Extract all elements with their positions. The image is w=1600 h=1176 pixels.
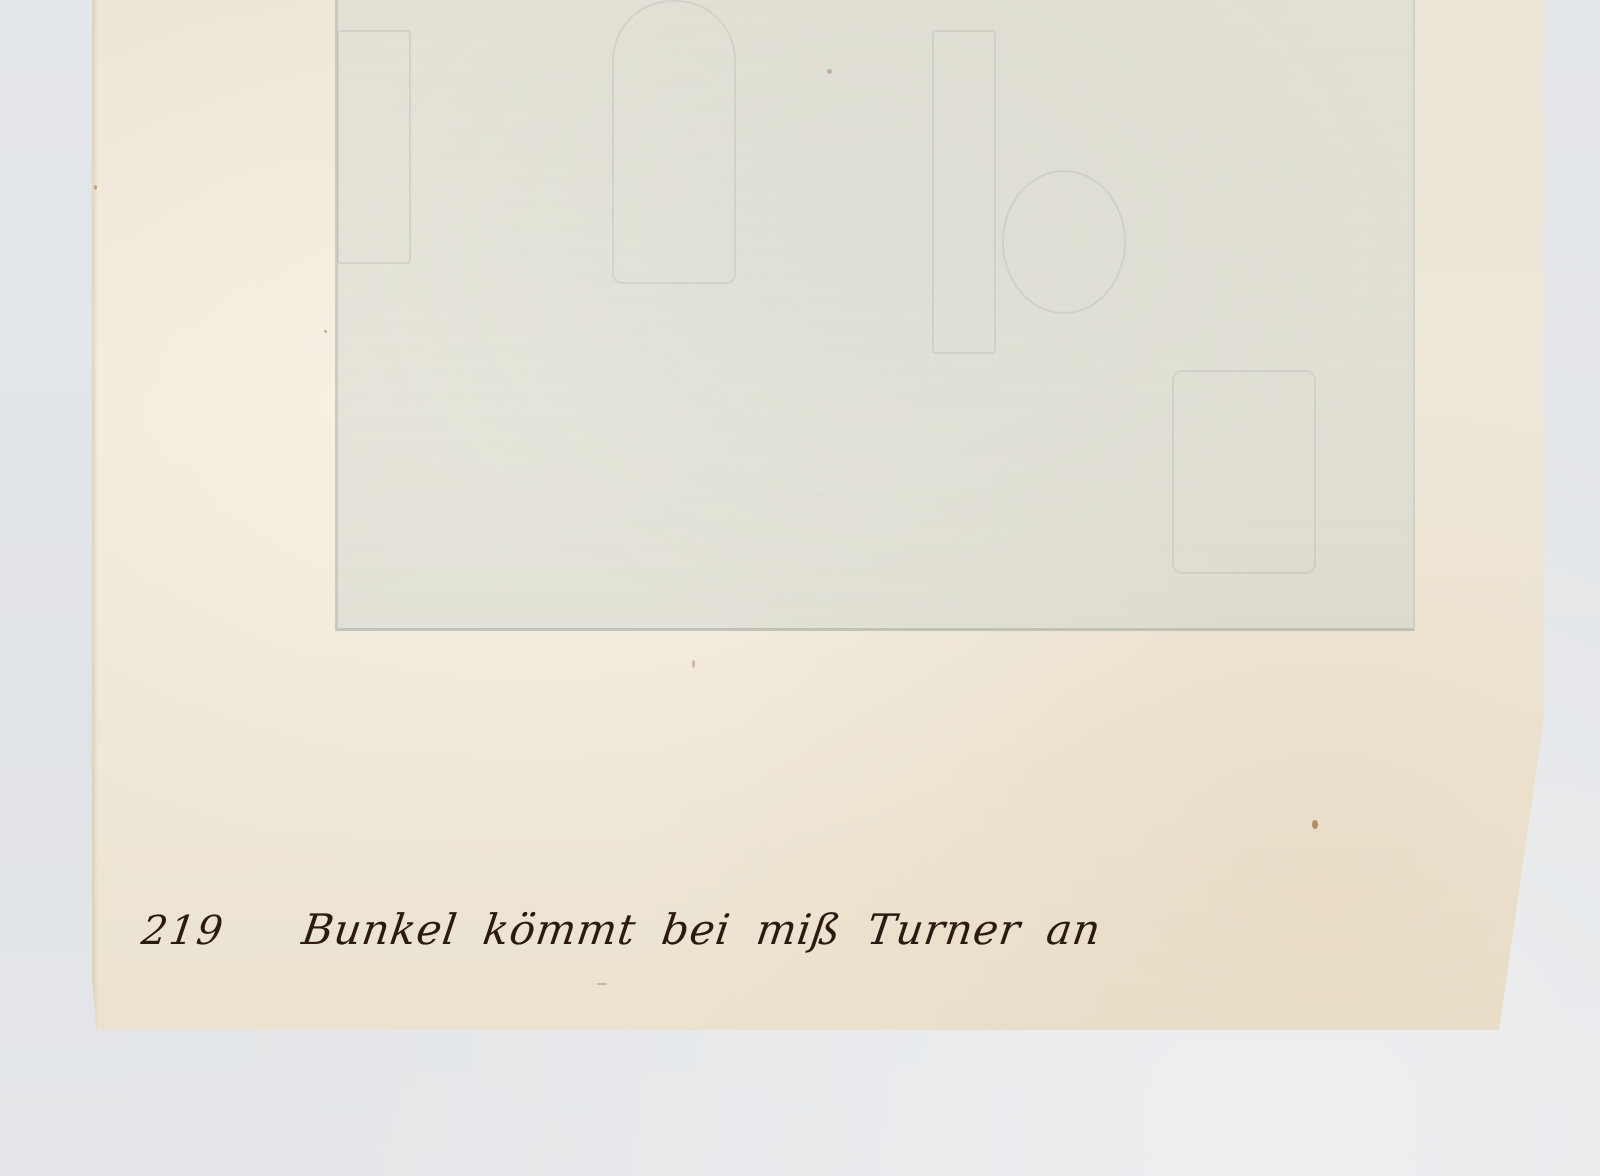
show-through-figure [612, 0, 736, 284]
show-through-figure [932, 30, 996, 354]
inscription-number: 219 [139, 908, 228, 954]
show-through-figure [337, 30, 411, 264]
foxing-spot [94, 185, 97, 190]
foxing-spot [827, 69, 832, 74]
inscription-caption: Bunkel kömmt bei miß Turner an [299, 905, 1104, 954]
foxing-spot [1312, 820, 1318, 829]
show-through-figure [1172, 370, 1316, 574]
paper-edge [92, 0, 98, 1030]
show-through-figure [1002, 170, 1126, 314]
paper-sheet-container: 219 Bunkel kömmt bei miß Turner an [0, 0, 1600, 1176]
paper-sheet [92, 0, 1544, 1030]
foxing-spot [324, 330, 327, 333]
foxing-spot [692, 660, 695, 668]
handwritten-inscription: 219 Bunkel kömmt bei miß Turner an [134, 905, 1104, 985]
